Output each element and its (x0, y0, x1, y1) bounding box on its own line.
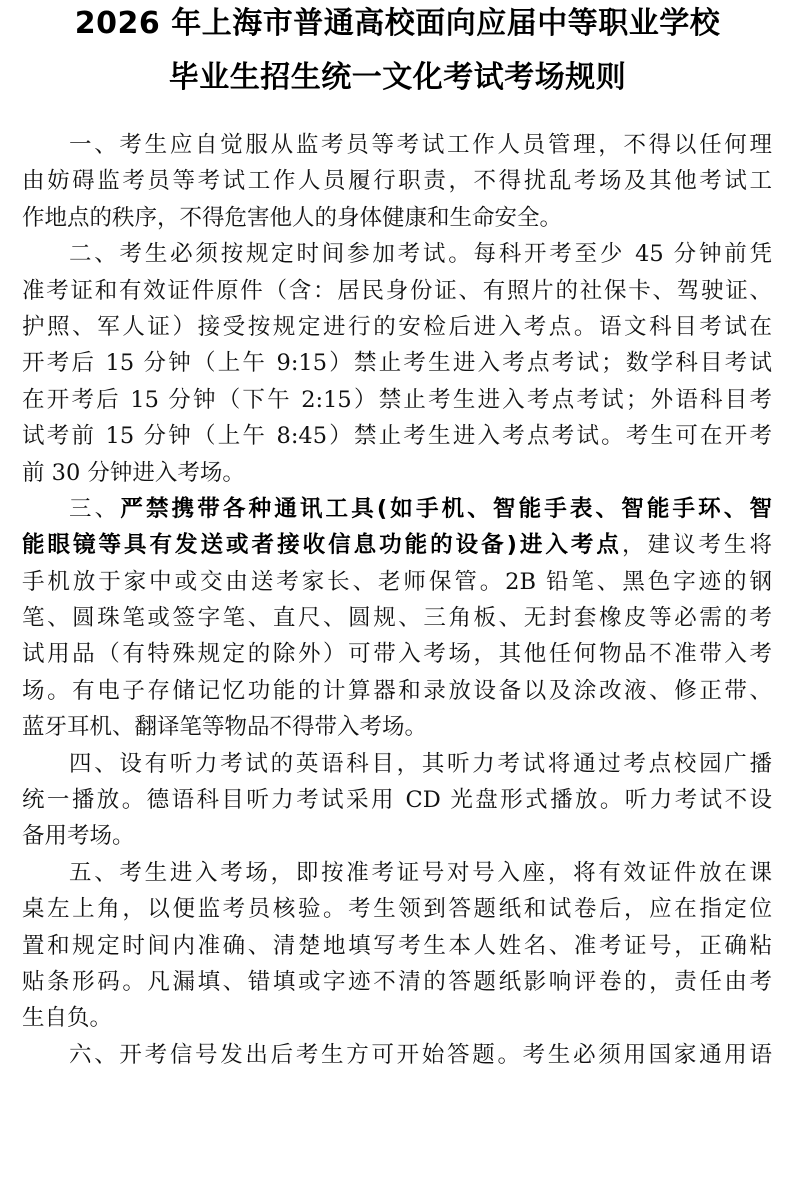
rule-3-bold-text-1: 严禁携带各种通讯工具(如手机、智能手表、智能手环、智 (120, 496, 772, 522)
document-body: 一、考生应自觉服从监考员等考试工作人员管理，不得以任何理 由妨碍监考员等考试工作… (22, 127, 772, 1073)
rule-section-3: 三、严禁携带各种通讯工具(如手机、智能手表、智能手环、智 能眼镜等具有发送或者接… (22, 491, 772, 746)
rule-3-line-4: 笔、圆珠笔或签字笔、直尺、圆规、三角板、无封套橡皮等必需的考 (22, 600, 772, 636)
rule-5-line-5: 生自负。 (22, 1000, 772, 1036)
rule-6-line-1: 六、开考信号发出后考生方可开始答题。考生必须用国家通用语 (22, 1037, 772, 1073)
rule-section-2: 二、考生必须按规定时间参加考试。每科开考至少 45 分钟前凭 准考证和有效证件原… (22, 236, 772, 491)
rule-3-line-1: 三、严禁携带各种通讯工具(如手机、智能手表、智能手环、智 (22, 491, 772, 527)
rule-1-line-2: 由妨碍监考员等考试工作人员履行职责，不得扰乱考场及其他考试工 (22, 163, 772, 199)
rule-1-line-3: 作地点的秩序，不得危害他人的身体健康和生命安全。 (22, 200, 772, 236)
rule-5-line-3: 置和规定时间内准确、清楚地填写考生本人姓名、准考证号，正确粘 (22, 928, 772, 964)
rule-5-line-2: 桌左上角，以便监考员核验。考生领到答题纸和试卷后，应在指定位 (22, 891, 772, 927)
rule-section-1: 一、考生应自觉服从监考员等考试工作人员管理，不得以任何理 由妨碍监考员等考试工作… (22, 127, 772, 236)
rule-5-line-1: 五、考生进入考场，即按准考证号对号入座，将有效证件放在课 (22, 855, 772, 891)
rule-4-line-3: 备用考场。 (22, 818, 772, 854)
rule-section-5: 五、考生进入考场，即按准考证号对号入座，将有效证件放在课 桌左上角，以便监考员核… (22, 855, 772, 1037)
rule-2-line-1: 二、考生必须按规定时间参加考试。每科开考至少 45 分钟前凭 (22, 236, 772, 272)
rule-3-line-6: 场。有电子存储记忆功能的计算器和录放设备以及涂改液、修正带、 (22, 673, 772, 709)
rule-3-line-3: 手机放于家中或交由送考家长、老师保管。2B 铅笔、黑色字迹的钢 (22, 564, 772, 600)
rule-2-line-7: 前 30 分钟进入考场。 (22, 455, 772, 491)
rule-3-line-2-rest: ，建议考生将 (622, 532, 772, 558)
rule-3-line-2: 能眼镜等具有发送或者接收信息功能的设备)进入考点，建议考生将 (22, 527, 772, 563)
rule-2-line-3: 护照、军人证）接受按规定进行的安检后进入考点。语文科目考试在 (22, 309, 772, 345)
document-title-line-2: 毕业生招生统一文化考试考场规则 (0, 60, 795, 96)
rule-2-line-4: 开考后 15 分钟（上午 9:15）禁止考生进入考点考试；数学科目考试 (22, 345, 772, 381)
rule-2-line-6: 试考前 15 分钟（上午 8:45）禁止考生进入考点考试。考生可在开考 (22, 418, 772, 454)
document-page: 2026 年上海市普通高校面向应届中等职业学校 毕业生招生统一文化考试考场规则 … (0, 0, 795, 1188)
rule-2-line-5: 在开考后 15 分钟（下午 2:15）禁止考生进入考点考试；外语科目考 (22, 382, 772, 418)
rule-3-bold-text-2: 能眼镜等具有发送或者接收信息功能的设备)进入考点 (22, 532, 622, 558)
rule-3-prefix: 三、 (69, 496, 120, 522)
rule-section-6: 六、开考信号发出后考生方可开始答题。考生必须用国家通用语 (22, 1037, 772, 1073)
rule-4-line-2: 统一播放。德语科目听力考试采用 CD 光盘形式播放。听力考试不设 (22, 782, 772, 818)
rule-section-4: 四、设有听力考试的英语科目，其听力考试将通过考点校园广播 统一播放。德语科目听力… (22, 746, 772, 855)
rule-3-line-5: 试用品（有特殊规定的除外）可带入考场，其他任何物品不准带入考 (22, 636, 772, 672)
rule-4-line-1: 四、设有听力考试的英语科目，其听力考试将通过考点校园广播 (22, 746, 772, 782)
rule-2-line-2: 准考证和有效证件原件（含：居民身份证、有照片的社保卡、驾驶证、 (22, 273, 772, 309)
rule-5-line-4: 贴条形码。凡漏填、错填或字迹不清的答题纸影响评卷的，责任由考 (22, 964, 772, 1000)
rule-3-line-7: 蓝牙耳机、翻译笔等物品不得带入考场。 (22, 709, 772, 745)
document-title-line-1: 2026 年上海市普通高校面向应届中等职业学校 (0, 6, 795, 42)
rule-1-line-1: 一、考生应自觉服从监考员等考试工作人员管理，不得以任何理 (22, 127, 772, 163)
